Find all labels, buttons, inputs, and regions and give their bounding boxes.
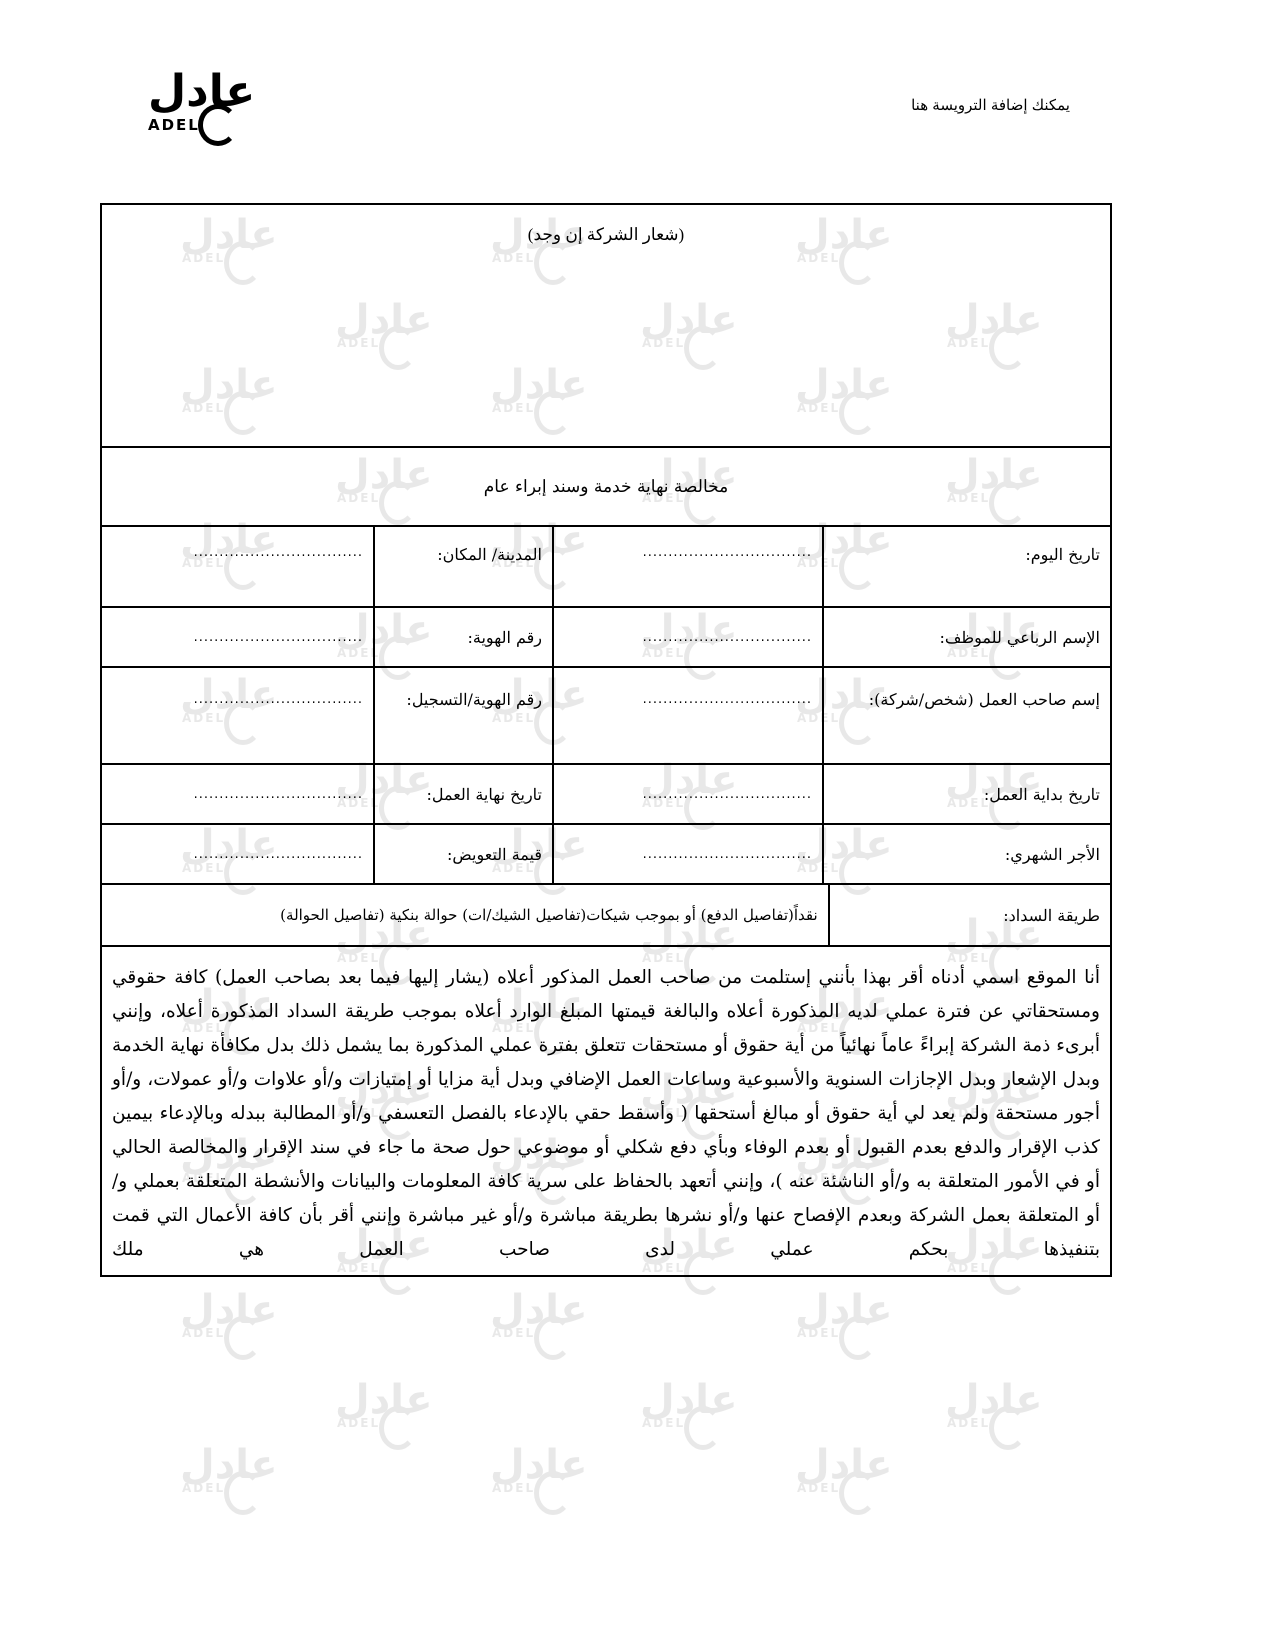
brand-logo-icon: عادل ADEL [148, 70, 248, 140]
company-logo-placeholder: (شعار الشركة إن وجد) [528, 225, 684, 446]
start-date-field[interactable]: ................................. [552, 765, 822, 823]
field-label: قيمة التعويض: [373, 825, 552, 883]
clearance-form-table: (شعار الشركة إن وجد) مخالصة نهاية خدمة و… [100, 203, 1112, 1277]
end-date-field[interactable]: ................................. [102, 765, 373, 823]
form-row-date: تاريخ اليوم: ...........................… [102, 527, 1110, 608]
payment-method-field[interactable]: نقداً(تفاصيل الدفع) أو بموجب شيكات(تفاصي… [102, 885, 828, 945]
watermark-logo-icon: عادلADEL [335, 1380, 425, 1440]
field-label: الإسم الرباعي للموظف: [822, 608, 1110, 666]
logo-arc-shape [198, 104, 238, 146]
employer-name-field[interactable]: ................................. [552, 668, 822, 763]
declaration-text: أنا الموقع اسمي أدناه أقر بهذا بأنني إست… [102, 947, 1110, 1275]
form-title: مخالصة نهاية خدمة وسند إبراء عام [484, 477, 728, 497]
monthly-salary-field[interactable]: ................................. [552, 825, 822, 883]
document-page: عادلADEL عادلADEL عادلADEL عادلADEL عادل… [0, 0, 1275, 1650]
watermark-logo-icon: عادلADEL [490, 1445, 580, 1505]
field-label: طريقة السداد: [828, 885, 1110, 945]
field-label: رقم الهوية/التسجيل: [373, 668, 552, 763]
form-title-row: مخالصة نهاية خدمة وسند إبراء عام [102, 448, 1110, 527]
watermark-logo-icon: عادلADEL [490, 1290, 580, 1350]
logo-latin-text: ADEL [148, 116, 200, 134]
watermark-logo-icon: عادلADEL [640, 1380, 730, 1440]
form-row-employer: إسم صاحب العمل (شخص/شركة): .............… [102, 668, 1110, 765]
field-label: تاريخ اليوم: [822, 527, 1110, 606]
form-row-employee: الإسم الرباعي للموظف: ..................… [102, 608, 1110, 668]
watermark-logo-icon: عادلADEL [945, 1380, 1035, 1440]
field-label: تاريخ نهاية العمل: [373, 765, 552, 823]
watermark-logo-icon: عادلADEL [795, 1445, 885, 1505]
employer-registration-field[interactable]: ................................. [102, 668, 373, 763]
form-row-dates: تاريخ بداية العمل: .....................… [102, 765, 1110, 825]
company-logo-area: (شعار الشركة إن وجد) [102, 205, 1110, 448]
field-label: إسم صاحب العمل (شخص/شركة): [822, 668, 1110, 763]
date-field[interactable]: ................................. [552, 527, 822, 606]
form-row-payment: طريقة السداد: نقداً(تفاصيل الدفع) أو بمو… [102, 885, 1110, 947]
watermark-logo-icon: عادلADEL [180, 1290, 270, 1350]
employee-id-field[interactable]: ................................. [102, 608, 373, 666]
letterhead-note: يمكنك إضافة الترويسة هنا [911, 96, 1070, 114]
field-label: رقم الهوية: [373, 608, 552, 666]
logo-arabic-text: عادل [148, 70, 255, 114]
form-row-salary: الأجر الشهري: ..........................… [102, 825, 1110, 885]
city-field[interactable]: ................................. [102, 527, 373, 606]
field-label: تاريخ بداية العمل: [822, 765, 1110, 823]
field-label: الأجر الشهري: [822, 825, 1110, 883]
employee-name-field[interactable]: ................................. [552, 608, 822, 666]
compensation-field[interactable]: ................................. [102, 825, 373, 883]
watermark-logo-icon: عادلADEL [180, 1445, 270, 1505]
watermark-logo-icon: عادلADEL [795, 1290, 885, 1350]
field-label: المدينة/ المكان: [373, 527, 552, 606]
